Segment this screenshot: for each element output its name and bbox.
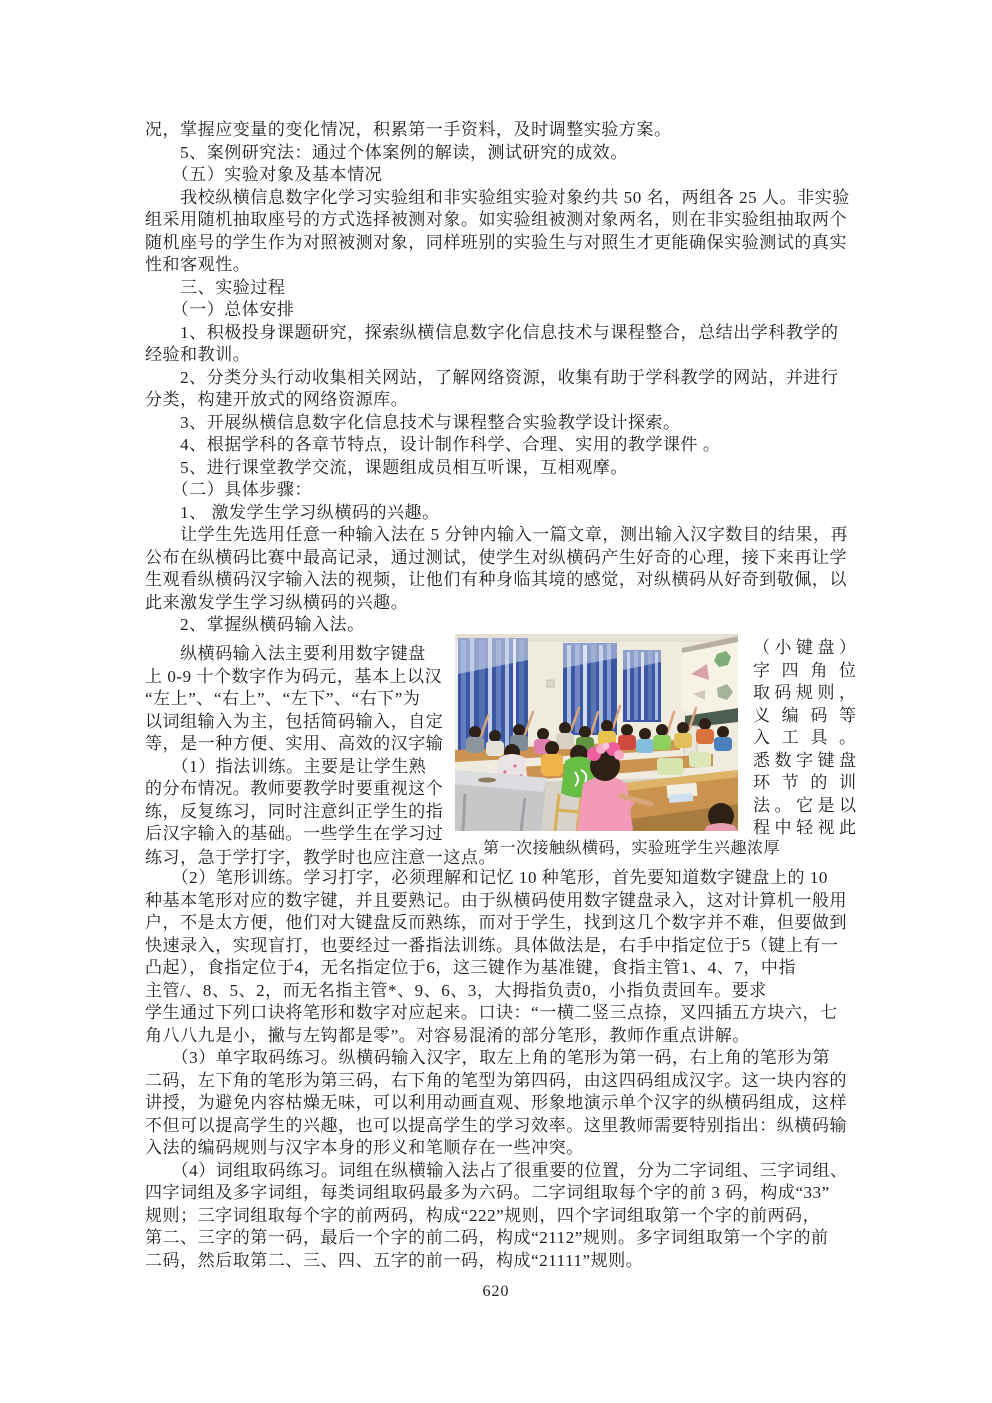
- text-line: 5、案例研究法：通过个体案例的解读，测试研究的成效。: [145, 142, 861, 165]
- text-line: “左上”、“右上”、“左下”、“右下”为: [145, 688, 455, 711]
- text-line: 5、进行课堂教学交流，课题组成员相互听课，互相观摩。: [145, 457, 861, 480]
- chair-back: [689, 752, 711, 767]
- text-line: 凸起），食指定位于4，无名指定位于6，这三键作为基准键，食指主管1、4、7，中指: [145, 957, 861, 980]
- text-line: 1、积极投身课题研究，探索纵横信息数字化信息技术与课程整合，总结出学科教学的: [145, 322, 861, 345]
- text-line: （2）笔形训练。学习打字，必须理解和记忆 10 种笔形，首先要知道数字键盘上的 …: [145, 867, 861, 890]
- text-line: 不但可以提高学生的兴趣，也可以提高学生的学习效率。这里教师需要特别指出：纵横码输: [145, 1115, 861, 1138]
- text-line: 况，掌握应变量的变化情况，积累第一手资料，及时调整实验方案。: [145, 119, 861, 142]
- text-line: 3、开展纵横信息数字化信息技术与课程整合实验教学设计探索。: [145, 412, 861, 435]
- text-line: 入工具。: [753, 727, 856, 750]
- text-line: 以词组输入为主，包括简码输入，自定: [145, 711, 455, 734]
- gray-desk-left: [455, 770, 547, 831]
- text-line: 性和客观性。: [145, 254, 861, 277]
- text-block-bottom: （2）笔形训练。学习打字，必须理解和记忆 10 种笔形，首先要知道数字键盘上的 …: [145, 867, 861, 1272]
- text-line: 二码，然后取第二、三、四、五字的前一码，构成“21111”规则。: [145, 1250, 861, 1273]
- text-line: 让学生先选用任意一种输入法在 5 分钟内输入一篇文章，测出输入汉字数目的结果，再: [145, 524, 861, 547]
- text-line: 生观看纵横码汉字输入法的视频，让他们有种身临其境的感觉，对纵横码从好奇到敬佩，以: [145, 569, 861, 592]
- text-line: 程中轻视此: [753, 817, 856, 840]
- text-line: 第二、三字的第一码，最后一个字的前二码，构成“2112”规则。多字词组取第一个字…: [145, 1227, 861, 1250]
- text-line: （一）总体安排: [145, 299, 861, 322]
- text-line: 的分布情况。教师要教学时要重视这个: [145, 778, 455, 801]
- text-line: 快速录入，实现盲打，也要经过一番指法训练。具体做法是，右手中指定位于5（键上有一: [145, 935, 861, 958]
- text-line: 种基本笔形对应的数字键，并且要熟记。由于纵横码使用数字键盘录入，这对计算机一般用: [145, 890, 861, 913]
- text-line: 讲授，为避免内容枯燥无味，可以利用动画直观、形象地演示单个汉字的纵横码组成，这样: [145, 1092, 861, 1115]
- text-line: （4）词组取码练习。词组在纵横输入法占了很重要的位置，分为二字词组、三字词组、: [145, 1160, 861, 1183]
- photo-caption: 第一次接触纵横码，实验班学生兴趣浓厚: [483, 839, 780, 859]
- text-line: 主管/、8、5、2，而无名指主管*、9、6、3，大拇指负责0，小指负责回车。要求: [145, 980, 861, 1003]
- text-line: 二码，左下角的笔形为第三码，右下角的笔型为第四码，由这四码组成汉字。这一块内容的: [145, 1070, 861, 1093]
- projection-screen: [682, 636, 738, 720]
- document-page: 况，掌握应变量的变化情况，积累第一手资料，及时调整实验方案。 5、案例研究法：通…: [0, 0, 992, 1403]
- chair-back: [657, 758, 683, 775]
- text-line: 三、实验过程: [145, 277, 861, 300]
- text-line: 角八八九是小，撇与左钩都是零”。对容易混淆的部分笔形，教师作重点讲解。: [145, 1025, 861, 1048]
- text-line: 户，不是太方便，他们对大键盘反而熟练，而对于学生，找到这几个数字并不难，但要做到: [145, 912, 861, 935]
- text-line: （五）实验对象及基本情况: [145, 164, 861, 187]
- classroom-photo: [455, 634, 738, 831]
- text-line: 等，是一种方便、实用、高效的汉字输: [145, 733, 455, 756]
- text-line: 练，反复练习，同时注意纠正学生的指: [145, 801, 455, 824]
- text-line: 义编码等: [753, 705, 856, 728]
- text-line: 后汉字输入的基础。一些学生在学习过: [145, 823, 455, 846]
- text-line: 环节的训: [753, 772, 856, 795]
- text-line: 2、分类分头行动收集相关网站，了解网络资源，收集有助于学科教学的网站，并进行: [145, 367, 861, 390]
- text-line: （3）单字取码练习。纵横码输入汉字，取左上角的笔形为第一码，右上角的笔形为第: [145, 1047, 861, 1070]
- text-line: 我校纵横信息数字化学习实验组和非实验组实验对象约共 50 名，两组各 25 人。…: [145, 187, 861, 210]
- text-line: 1、 激发学生学习纵横码的兴趣。: [145, 502, 861, 525]
- text-line: 字四角位: [753, 660, 856, 683]
- wall-switch: [547, 680, 554, 687]
- text-line: 入法的编码规则与汉字本身的形义和笔顺存在一些冲突。: [145, 1137, 861, 1160]
- text-block-top: 况，掌握应变量的变化情况，积累第一手资料，及时调整实验方案。 5、案例研究法：通…: [145, 119, 861, 637]
- text-line: 公布在纵横码比赛中最高记录，通过测试，使学生对纵横码产生好奇的心理，接下来再让学: [145, 547, 861, 570]
- text-line: 上 0-9 十个数字作为码元，基本上以汉: [145, 666, 455, 689]
- text-line: 此来激发学生学习纵横码的兴趣。: [145, 592, 861, 615]
- text-line: 法。它是以: [753, 795, 856, 818]
- text-column-right: （小键盘）字四角位取码规则，义编码等入工具。悉数字键盘环节的训法。它是以程中轻视…: [753, 637, 856, 840]
- text-line: 分类，构建开放式的网络资源库。: [145, 389, 861, 412]
- window-curtain-right: [623, 650, 661, 722]
- text-line: 组采用随机抽取座号的方式选择被测对象。如实验组被测对象两名，则在非实验组抽取两个: [145, 209, 861, 232]
- text-line: 悉数字键盘: [753, 750, 856, 773]
- text-line: （小键盘）: [753, 637, 856, 660]
- text-line: 随机座号的学生作为对照被测对象，同样班别的实验生与对照生才更能确保实验测试的真实: [145, 232, 861, 255]
- text-line: 学生通过下列口诀将笔形和数字对应起来。口诀：“一横二竖三点捺，叉四插五方块六，七: [145, 1002, 861, 1025]
- text-line: 4、根据学科的各章节特点，设计制作科学、合理、实用的教学课件 。: [145, 434, 861, 457]
- text-line: 经验和教训。: [145, 344, 861, 367]
- text-line: 规则；三字词组取每个字的前两码，构成“222”规则，四个字词组取第一个字的前两码…: [145, 1205, 861, 1228]
- text-line: 四字词组及多字词组，每类词组取码最多为六码。二字词组取每个字的前 3 码，构成“…: [145, 1182, 861, 1205]
- text-line: 取码规则，: [753, 682, 856, 705]
- text-column-left: 纵横码输入法主要利用数字键盘上 0-9 十个数字作为码元，基本上以汉“左上”、“…: [145, 643, 455, 846]
- text-line: （二）具体步骤：: [145, 479, 861, 502]
- text-line: （1）指法训练。主要是让学生熟: [145, 756, 455, 779]
- text-line: 纵横码输入法主要利用数字键盘: [145, 643, 455, 666]
- page-number: 620: [0, 1283, 992, 1301]
